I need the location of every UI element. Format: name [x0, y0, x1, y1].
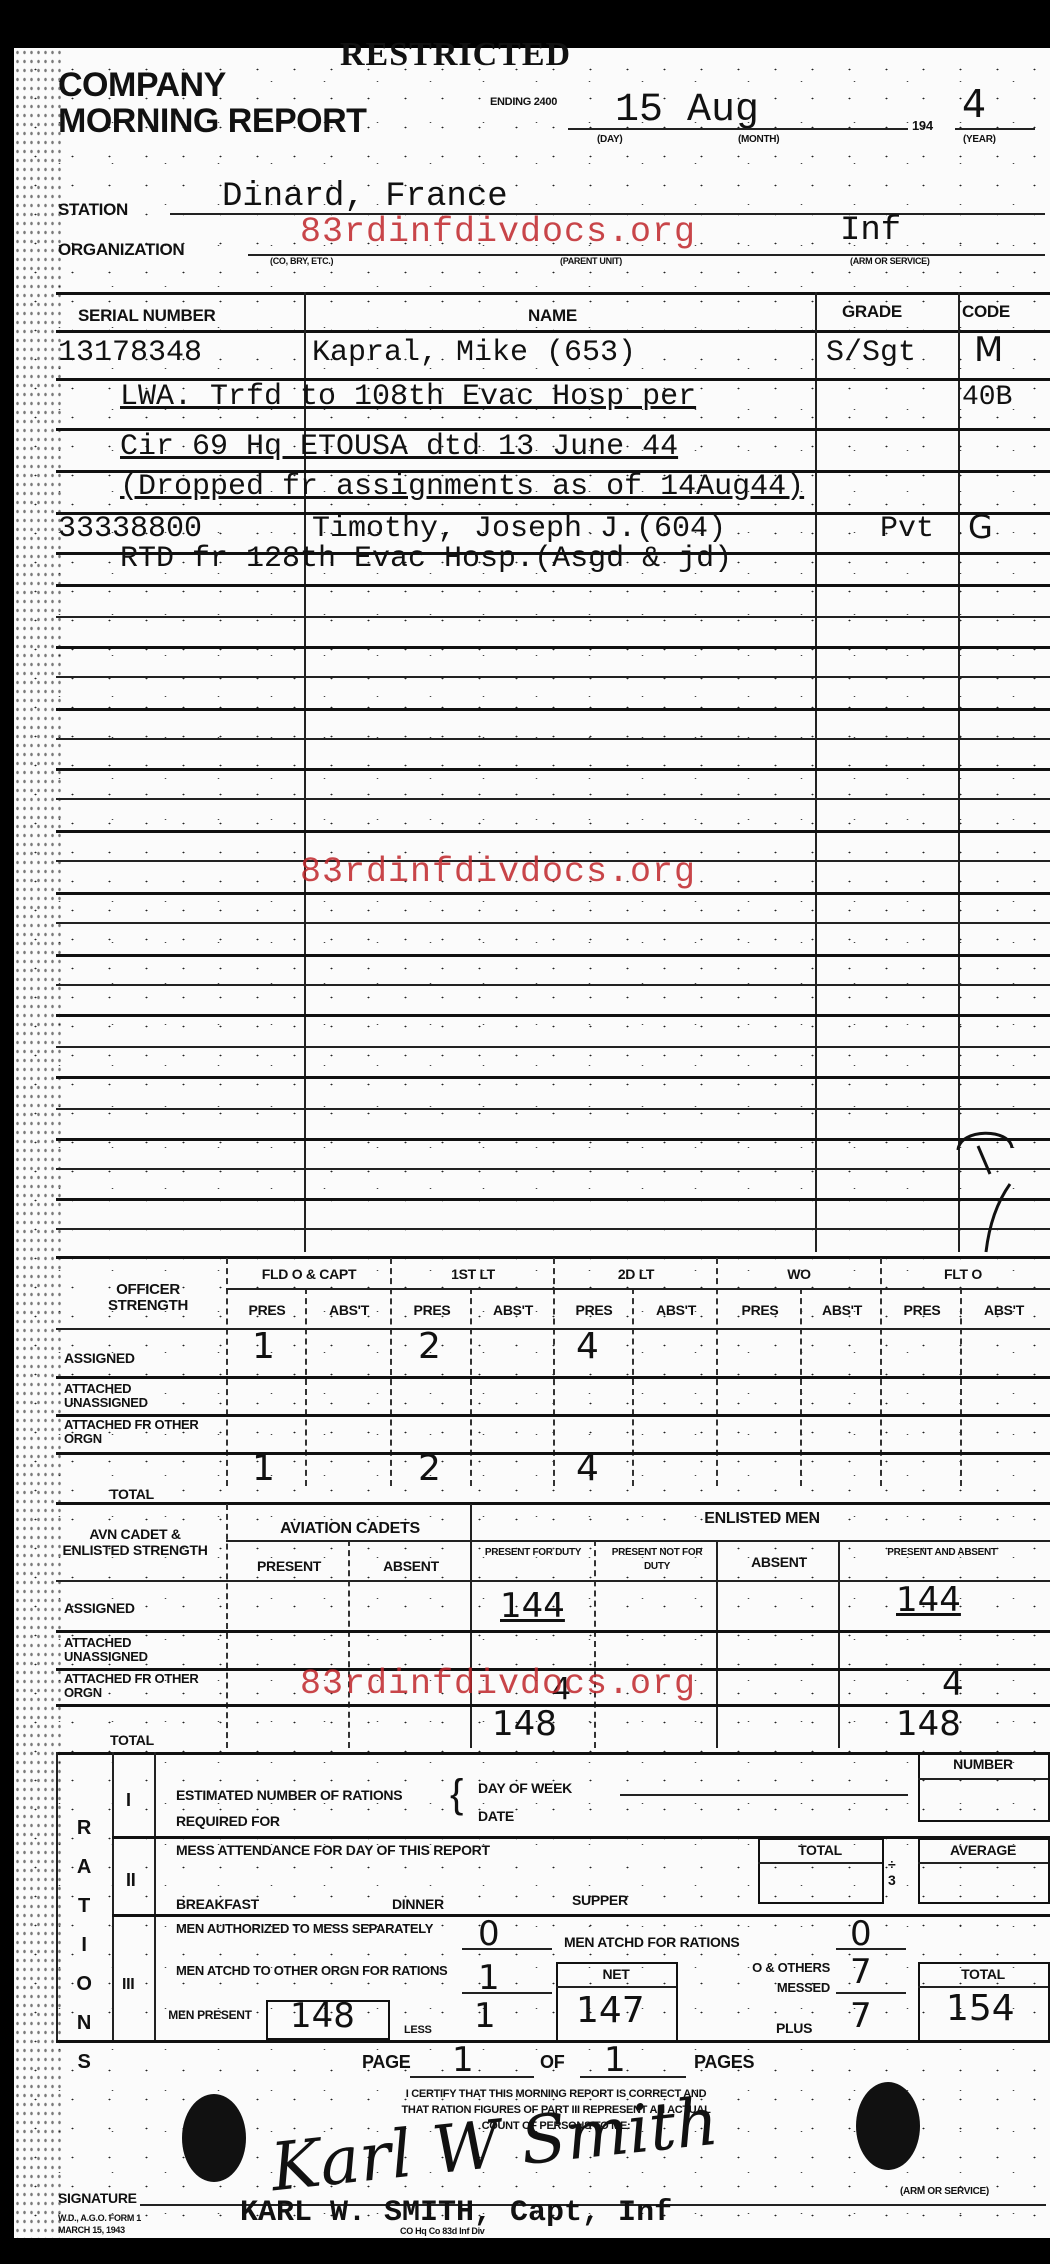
org-sublabel-parent: (PARENT UNIT) [560, 256, 622, 266]
signer-subtitle: CO Hq Co 83d Inf Div [400, 2226, 485, 2236]
watermark-top: 83rdinfdivdocs.org [300, 212, 696, 252]
station-label: STATION [58, 200, 128, 220]
men-present-value: 148 [290, 1996, 355, 2036]
breakfast-label: BREAKFAST [176, 1896, 259, 1912]
dinner-label: DINNER [392, 1896, 444, 1912]
officer-strength-title: OFFICER STRENGTH [88, 1282, 208, 1314]
org-sublabel-co: (CO, BRY, ETC.) [270, 256, 333, 266]
em-total-total: 148 [896, 1704, 961, 1744]
sub-present-not-for-duty: PRESENT NOT FOR DUTY [598, 1546, 716, 1574]
rations-side-label: RATIONS [70, 1770, 98, 2082]
group-wo: WO [720, 1266, 878, 1282]
year-value: 4 [962, 82, 986, 126]
plus-value: 7 [850, 1996, 872, 2036]
page-value: 1 [452, 2040, 474, 2080]
year-prefix: 194 [912, 118, 933, 133]
entry-1-serial: 13178348 [58, 336, 202, 370]
row-assigned-label: ASSIGNED [64, 1350, 135, 1366]
sub-abst: ABS'T [964, 1302, 1044, 1318]
divide-by-three: ÷ 3 [888, 1856, 906, 1888]
net-label: NET [558, 1966, 674, 1982]
date-label: DATE [478, 1808, 514, 1824]
supper-label: SUPPER [572, 1892, 628, 1908]
men-present-label: MEN PRESENT [165, 2008, 255, 2022]
group-fld-o-capt: FLD O & CAPT [230, 1266, 388, 1282]
em-row-assigned-label: ASSIGNED [64, 1600, 135, 1616]
of-value: 1 [604, 2040, 626, 2080]
org-sublabel-arm: (ARM OR SERVICE) [850, 256, 930, 266]
month-sublabel: (MONTH) [738, 134, 779, 145]
group-flt-o: FLT O [884, 1266, 1042, 1282]
page-label: PAGE [362, 2052, 410, 2073]
sub-cadet-present: PRESENT [230, 1558, 348, 1574]
sub-cadet-absent: ABSENT [352, 1558, 470, 1574]
form-title-company: COMPANY [58, 66, 226, 105]
enlisted-strength-title: AVN CADET & ENLISTED STRENGTH [60, 1526, 210, 1558]
off-assigned-fld-pres: 1 [252, 1326, 275, 1367]
entry-1-remark-1: LWA. Trfd to 108th Evac Hosp per [120, 380, 696, 414]
signature-label: SIGNATURE [58, 2190, 137, 2206]
entry-2-code: G [968, 508, 993, 546]
entry-1-remark-2: Cir 69 Hq ETOUSA dtd 13 June 44 [120, 430, 678, 464]
em-row-total-label: TOTAL [110, 1732, 154, 1748]
col-code: CODE [962, 302, 1010, 322]
ending-label: ENDING 2400 [490, 96, 560, 108]
entry-2-grade: Pvt [880, 512, 934, 546]
others-messed-value: 7 [850, 1952, 872, 1992]
col-grade: GRADE [842, 302, 902, 322]
average-label: AVERAGE [920, 1842, 1046, 1858]
less-value: 1 [474, 1996, 496, 2036]
auth-mess-separately-label: MEN AUTHORIZED TO MESS SEPARATELY [176, 1920, 476, 1938]
brace: { [450, 1772, 463, 1817]
plus-label: PLUS [776, 2020, 812, 2036]
organization-label: ORGANIZATION [58, 240, 184, 260]
entry-1-name: Kapral, Mike (653) [312, 336, 636, 370]
off-total-2lt-pres: 4 [576, 1448, 599, 1489]
off-total-1lt-pres: 2 [418, 1448, 441, 1489]
off-total-fld-pres: 1 [252, 1448, 275, 1489]
sub-abst: ABS'T [309, 1302, 389, 1318]
entry-1-grade: S/Sgt [826, 336, 916, 370]
signer-arm-label: (ARM OR SERVICE) [900, 2186, 989, 2197]
entry-1-remark-code: 40B [962, 382, 1012, 413]
col-serial-number: SERIAL NUMBER [78, 306, 215, 326]
atchd-other-orgn-label: MEN ATCHD TO OTHER ORGN FOR RATIONS [176, 1962, 476, 1980]
mess-total-label: TOTAL [760, 1842, 880, 1858]
year-sublabel: (YEAR) [963, 134, 996, 145]
punch-hole-right [856, 2082, 920, 2170]
em-assigned-total: 144 [896, 1580, 961, 1620]
watermark-middle: 83rdinfdivdocs.org [300, 852, 696, 892]
pages-label: PAGES [694, 2052, 754, 2073]
entry-1-remark-3: (Dropped fr assignments as of 14Aug44) [120, 470, 804, 504]
sub-abst: ABS'T [636, 1302, 716, 1318]
less-label: LESS [404, 2024, 432, 2036]
day-sublabel: (DAY) [597, 134, 622, 145]
entry-2-serial: 33338800 [58, 512, 202, 546]
of-label: OF [540, 2052, 564, 2073]
sub-present-for-duty: PRESENT FOR DUTY [474, 1546, 592, 1560]
punch-hole-left [182, 2094, 246, 2182]
entry-2-remark: RTD fr 128th Evac Hosp.(Asgd & jd) [120, 542, 732, 576]
restricted-stamp: RESTRICTED [340, 36, 571, 74]
sub-abst: ABS'T [474, 1302, 552, 1318]
document-page [14, 48, 1050, 2238]
organization-branch: Inf [840, 212, 901, 250]
sub-abst: ABS'T [804, 1302, 880, 1318]
em-total-pfd: 148 [492, 1704, 557, 1744]
day-of-week-label: DAY OF WEEK [478, 1780, 572, 1796]
em-assigned-pfd: 144 [500, 1586, 565, 1626]
em-row-attached-other-label: ATTACHED FR OTHER ORGN [64, 1672, 214, 1700]
sub-pres: PRES [720, 1302, 800, 1318]
section-ii-label: MESS ATTENDANCE FOR DAY OF THIS REPORT [176, 1842, 490, 1858]
watermark-bottom: 83rdinfdivdocs.org [300, 1664, 696, 1704]
scribble-mark [950, 1128, 1050, 1258]
entry-2-name: Timothy, Joseph J.(604) [312, 512, 726, 546]
signer-typed-name: KARL W. SMITH, Capt, Inf [240, 2196, 672, 2230]
sub-pres: PRES [884, 1302, 960, 1318]
station-value: Dinard, France [222, 178, 508, 216]
row-total-label: TOTAL [110, 1486, 154, 1502]
col-name: NAME [528, 306, 577, 326]
group-aviation-cadets: AVIATION CADETS [230, 1520, 470, 1538]
net-value: 147 [576, 1990, 645, 2031]
group-1st-lt: 1ST LT [394, 1266, 552, 1282]
others-messed-label: O & OTHERS MESSED [700, 1958, 830, 1998]
sub-pres: PRES [394, 1302, 470, 1318]
number-label: NUMBER [920, 1756, 1046, 1772]
row-attached-unassigned-label: ATTACHED UNASSIGNED [64, 1382, 214, 1410]
rations-total-value: 154 [946, 1988, 1015, 2029]
form-title-morning-report: MORNING REPORT [58, 102, 366, 141]
sub-enlisted-absent: ABSENT [720, 1554, 838, 1570]
off-assigned-1lt-pres: 2 [418, 1326, 441, 1367]
form-identifier: W.D., A.G.O. FORM 1MARCH 15, 1943 [58, 2212, 141, 2236]
report-date: 15 Aug [615, 88, 759, 133]
group-enlisted-men: ENLISTED MEN [474, 1510, 1050, 1528]
em-row-attached-unassigned-label: ATTACHED UNASSIGNED [64, 1636, 214, 1664]
section-ii-num: II [126, 1870, 135, 1891]
atchd-for-rations-label: MEN ATCHD FOR RATIONS [564, 1934, 739, 1950]
section-iii-num: III [122, 1976, 134, 1994]
group-2d-lt: 2D LT [557, 1266, 715, 1282]
em-attached-other-total: 4 [942, 1664, 964, 1704]
section-i-label: ESTIMATED NUMBER OF RATIONS REQUIRED FOR [176, 1782, 446, 1834]
section-i-num: I [126, 1790, 131, 1811]
row-attached-other-label: ATTACHED FR OTHER ORGN [64, 1418, 214, 1446]
rations-total-label: TOTAL [920, 1966, 1046, 1982]
sub-present-and-absent: PRESENT AND ABSENT [842, 1546, 1042, 1560]
sub-pres: PRES [230, 1302, 304, 1318]
entry-1-code: M [974, 330, 1003, 370]
off-assigned-2lt-pres: 4 [576, 1326, 599, 1367]
sub-pres: PRES [557, 1302, 631, 1318]
